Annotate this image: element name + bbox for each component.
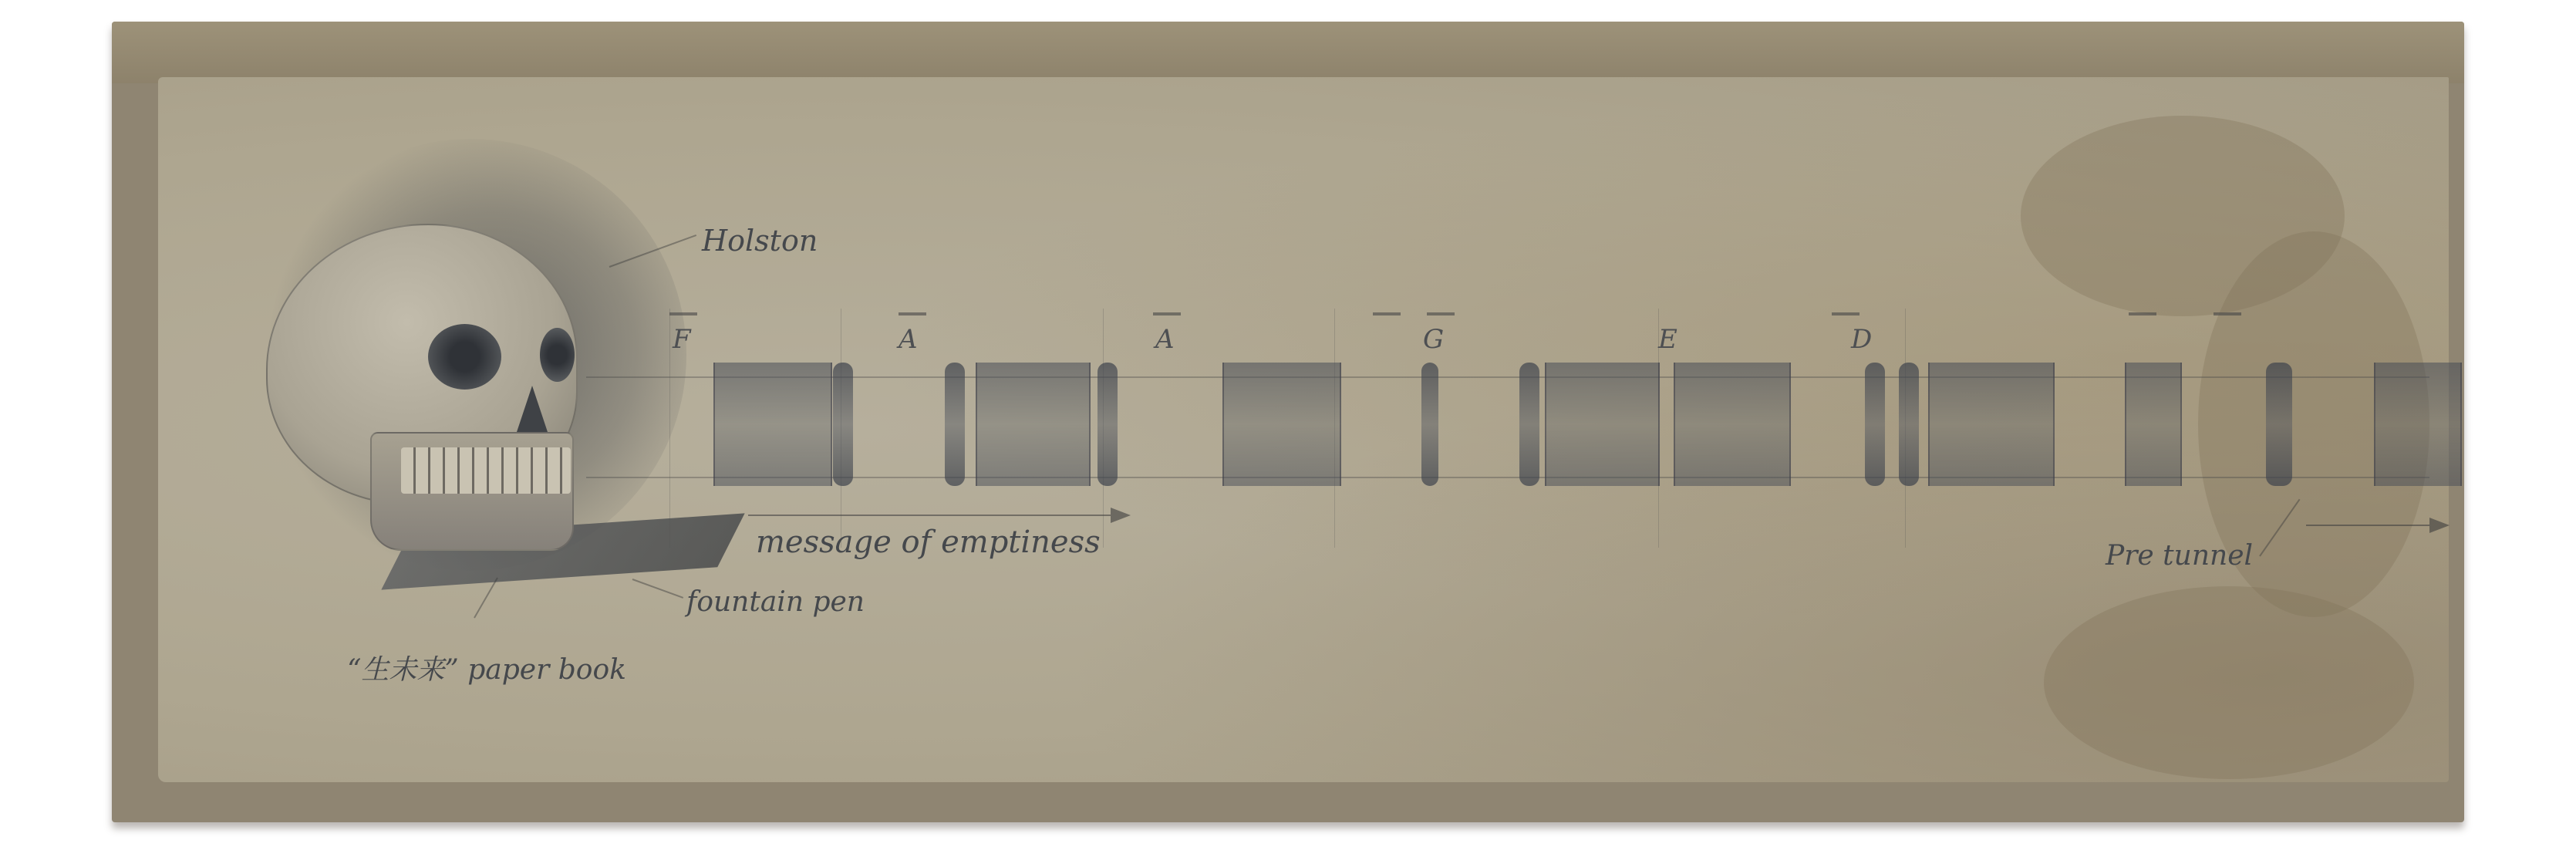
shaded-block [1674, 363, 1791, 486]
guide-line [669, 309, 670, 548]
shaded-bar [833, 363, 853, 486]
marker-dash [669, 312, 697, 315]
marker-dash [1832, 312, 1860, 315]
shaded-bar [1865, 363, 1885, 486]
marker-letter: G [1423, 324, 1444, 355]
marker-letter: F [673, 324, 691, 355]
pen-label: fountain pen [686, 586, 865, 618]
paper-top-edge [112, 22, 2464, 83]
shaded-block [1545, 363, 1660, 486]
marker-letter: D [1851, 324, 1872, 355]
skull-eye-socket [428, 324, 501, 390]
marker-letter: E [1658, 324, 1677, 355]
shaded-block [2125, 363, 2182, 486]
marker-letter: A [1155, 324, 1175, 355]
marker-dash [899, 312, 926, 315]
shaded-block [2374, 363, 2462, 486]
marker-dash [1427, 312, 1455, 315]
message-arrow-line [748, 515, 1111, 516]
shaded-bar [2266, 363, 2292, 486]
water-stain [2044, 586, 2414, 779]
skeleton-label: Holston [702, 224, 818, 258]
shaded-block [1222, 363, 1341, 486]
marker-dash [1153, 312, 1181, 315]
shaded-block [976, 363, 1091, 486]
arrow-right-icon [1111, 508, 1131, 523]
skull-eye-socket [540, 328, 575, 382]
book-label: “生未来” paper book [347, 648, 626, 687]
shaded-bar [945, 363, 965, 486]
marker-dash [2214, 312, 2241, 315]
shaded-bar [1421, 363, 1438, 486]
shaded-block [1928, 363, 2055, 486]
shaded-bar [1899, 363, 1919, 486]
shaded-bar [1519, 363, 1539, 486]
marker-dash [2129, 312, 2156, 315]
shaded-block [713, 363, 832, 486]
arrow-right-icon [2429, 518, 2450, 533]
marker-dash [1373, 312, 1401, 315]
message-label: message of emptiness [756, 525, 1101, 560]
skull-teeth [401, 447, 571, 494]
tunnel-label: Pre tunnel [2106, 540, 2253, 572]
shaded-bar [1097, 363, 1118, 486]
marker-letter: A [899, 324, 918, 355]
tunnel-arrow-line [2306, 525, 2429, 526]
